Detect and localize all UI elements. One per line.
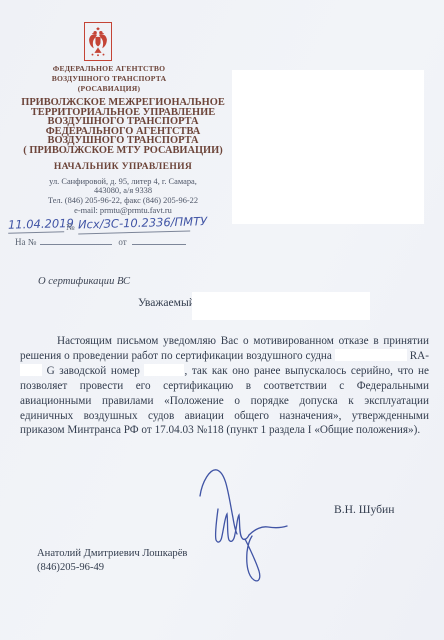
executor-contact: Анатолий Дмитриевич Лошкарёв (846)205-96… xyxy=(37,547,187,574)
executor-name: Анатолий Дмитриевич Лошкарёв xyxy=(37,547,187,561)
redaction-box-inline xyxy=(20,364,42,376)
position-title: НАЧАЛЬНИК УПРАВЛЕНИЯ xyxy=(8,161,238,172)
agency-line: ФЕДЕРАЛЬНОЕ АГЕНТСТВО xyxy=(0,64,224,74)
address-line: Тел. (846) 205-96-22, факс (846) 205-96-… xyxy=(8,196,238,206)
reply-reference-line: На №от xyxy=(15,236,186,247)
agency-line: ВОЗДУШНОГО ТРАНСПОРТА xyxy=(0,74,224,84)
handwritten-outgoing-number: Исх/ЗС-10.2336/ПМТУ xyxy=(78,215,190,235)
address-line: ул. Санфировой, д. 95, литер 4, г. Самар… xyxy=(8,177,238,187)
executor-phone: (846)205-96-49 xyxy=(37,561,187,575)
redaction-box-inline xyxy=(144,364,184,376)
department-line: ( ПРИВОЛЖСКОЕ МТУ РОСАВИАЦИИ) xyxy=(8,146,238,156)
subject-line: О сертификации ВС xyxy=(38,276,130,287)
number-sign-label: № xyxy=(66,222,75,232)
handwritten-date: 11.04.2019 xyxy=(8,216,64,233)
reply-number-blank-line xyxy=(40,236,112,245)
handwritten-signature xyxy=(186,460,301,595)
body-paragraph: Настоящим письмом уведомляю Вас о мотиви… xyxy=(20,334,429,438)
reply-label: На № xyxy=(15,237,36,247)
greeting-text: Уважаемый xyxy=(138,296,195,309)
reply-date-blank-line xyxy=(132,236,186,245)
department-name: ПРИВОЛЖСКОЕ МЕЖРЕГИОНАЛЬНОЕ ТЕРРИТОРИАЛЬ… xyxy=(8,98,238,156)
scanned-official-letter: ФЕДЕРАЛЬНОЕ АГЕНТСТВО ВОЗДУШНОГО ТРАНСПО… xyxy=(0,0,444,640)
address-line: 443080, а/я 9338 xyxy=(8,186,238,196)
redaction-box-addressee-name xyxy=(192,292,370,320)
signer-name: В.Н. Шубин xyxy=(334,503,394,516)
coat-of-arms-emblem xyxy=(84,22,112,61)
reply-from-label: от xyxy=(118,237,126,247)
address-block: ул. Санфировой, д. 95, литер 4, г. Самар… xyxy=(8,177,238,216)
double-headed-eagle-icon xyxy=(87,25,109,58)
agency-name: ФЕДЕРАЛЬНОЕ АГЕНТСТВО ВОЗДУШНОГО ТРАНСПО… xyxy=(0,64,224,94)
redaction-box-inline xyxy=(335,349,407,361)
letterhead: ФЕДЕРАЛЬНОЕ АГЕНТСТВО ВОЗДУШНОГО ТРАНСПО… xyxy=(8,64,238,215)
agency-line: (РОСАВИАЦИЯ) xyxy=(0,84,224,94)
redaction-box-recipient xyxy=(232,70,424,224)
